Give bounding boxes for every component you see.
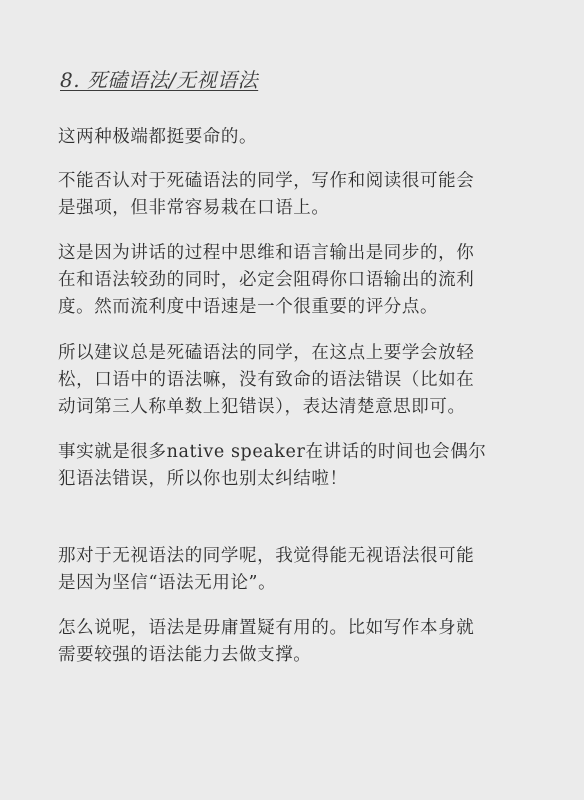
paragraph-3: 这是因为讲话的过程中思维和语言输出是同步的，你 在和语法较劲的同时，必定会阻碍你… — [58, 240, 528, 321]
text-line: 那对于无视语法的同学呢，我觉得能无视语法很可能 — [58, 543, 528, 570]
paragraph-5: 事实就是很多native speaker在讲话的时间也会偶尔 犯语法错误，所以你… — [58, 439, 528, 493]
text-line: 怎么说呢，语法是毋庸置疑有用的。比如写作本身就 — [58, 615, 528, 642]
paragraph-4: 所以建议总是死磕语法的同学，在这点上要学会放轻 松，口语中的语法嘛，没有致命的语… — [58, 340, 528, 421]
text-line: 这是因为讲话的过程中思维和语言输出是同步的，你 — [58, 240, 528, 267]
paragraph-1: 这两种极端都挺要命的。 — [58, 124, 528, 151]
paragraph-6: 那对于无视语法的同学呢，我觉得能无视语法很可能 是因为坚信“语法无用论”。 — [58, 543, 528, 597]
text-line: 这两种极端都挺要命的。 — [58, 124, 528, 151]
text-line: 是强项，但非常容易栽在口语上。 — [58, 195, 528, 222]
paragraph-7: 怎么说呢，语法是毋庸置疑有用的。比如写作本身就 需要较强的语法能力去做支撑。 — [58, 615, 528, 669]
text-line: 所以建议总是死磕语法的同学，在这点上要学会放轻 — [58, 340, 528, 367]
text-line: 犯语法错误，所以你也别太纠结啦！ — [58, 466, 528, 493]
text-line: 是因为坚信“语法无用论”。 — [58, 570, 528, 597]
text-line: 在和语法较劲的同时，必定会阻碍你口语输出的流利 — [58, 267, 528, 294]
text-line: 松，口语中的语法嘛，没有致命的语法错误（比如在 — [58, 367, 528, 394]
text-line: 需要较强的语法能力去做支撑。 — [58, 642, 528, 669]
paragraph-2: 不能否认对于死磕语法的同学，写作和阅读很可能会 是强项，但非常容易栽在口语上。 — [58, 168, 528, 222]
text-line: 事实就是很多native speaker在讲话的时间也会偶尔 — [58, 439, 528, 466]
text-line: 度。然而流利度中语速是一个很重要的评分点。 — [58, 294, 528, 321]
section-title: 8. 死磕语法/无视语法 — [60, 64, 258, 93]
text-line: 动词第三人称单数上犯错误），表达清楚意思即可。 — [58, 394, 528, 421]
text-line: 不能否认对于死磕语法的同学，写作和阅读很可能会 — [58, 168, 528, 195]
